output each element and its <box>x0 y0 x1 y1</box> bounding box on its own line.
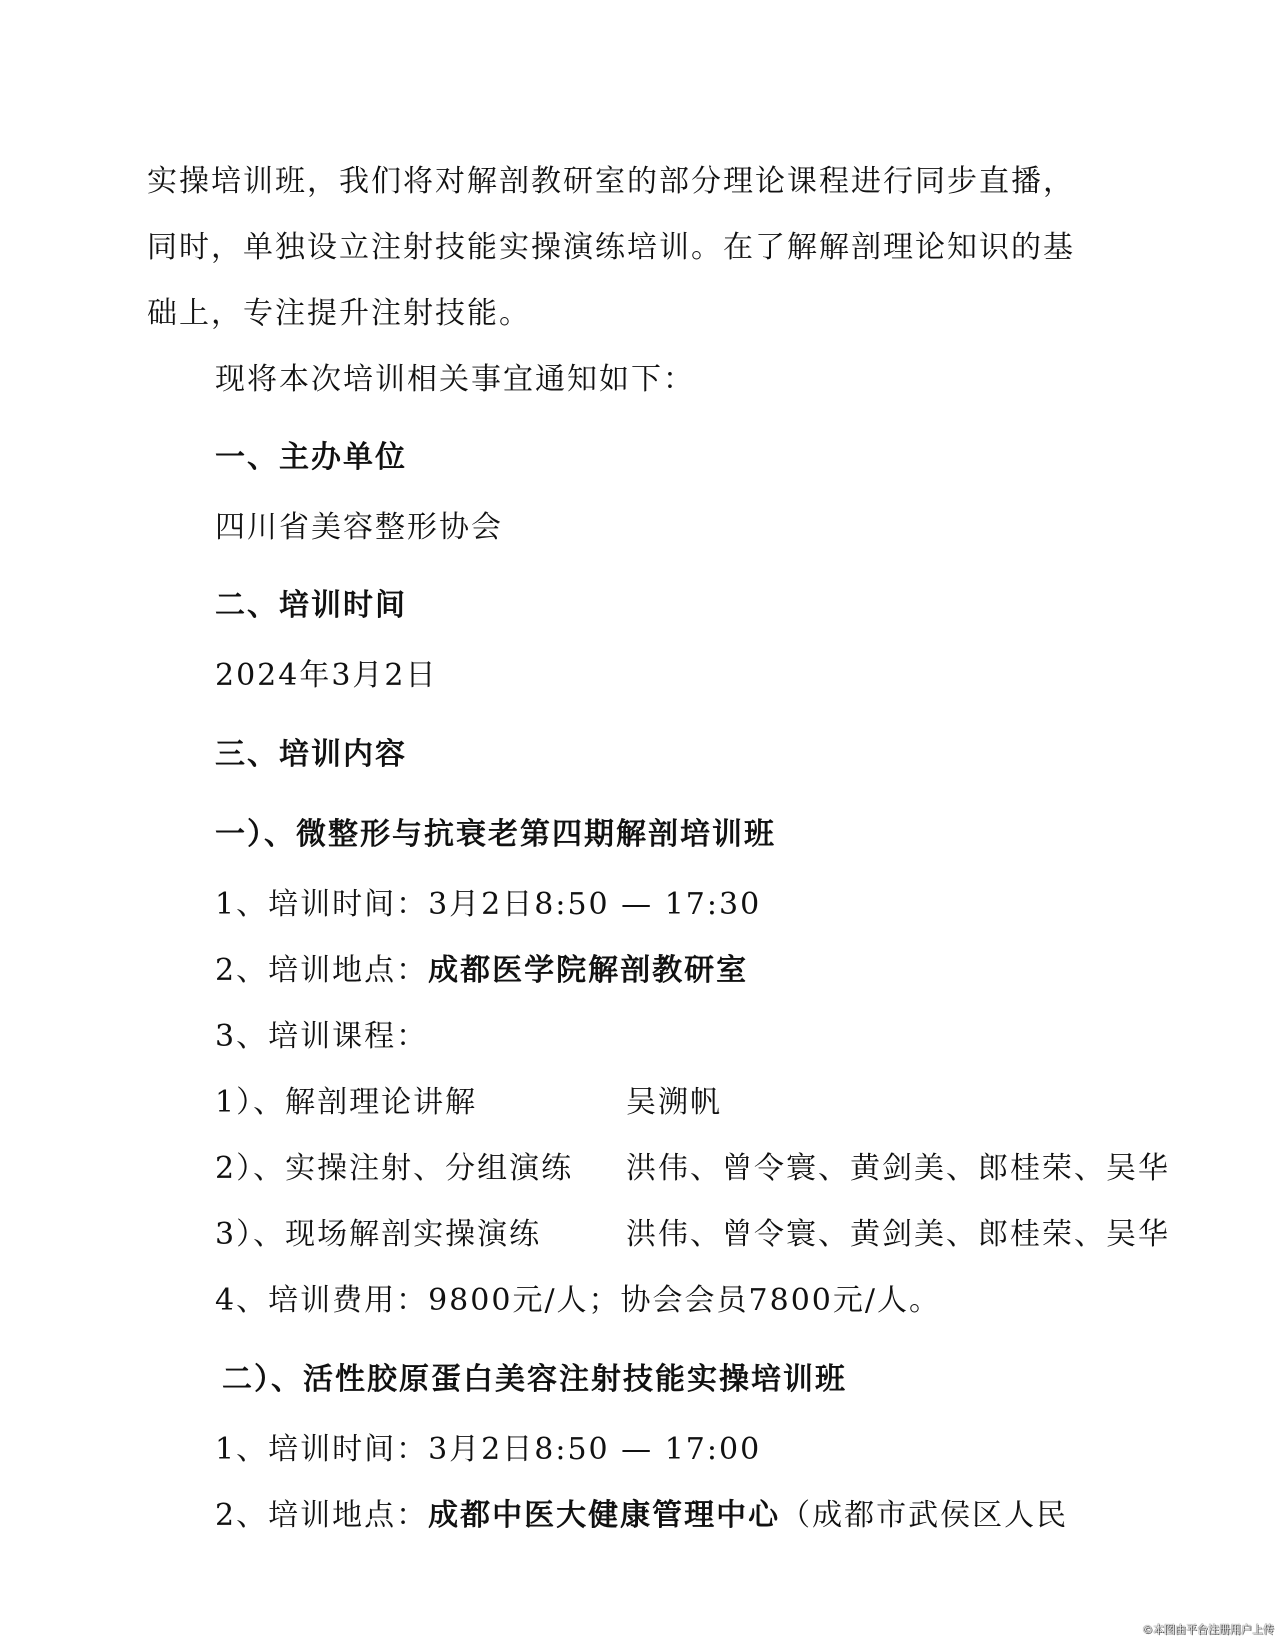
course1-fee-label: 4、培训费用： <box>215 1283 428 1318</box>
intro-line-1: 实操培训班，我们将对解剖教研室的部分理论课程进行同步直播， <box>147 162 1075 202</box>
course1-curriculum-label: 3、培训课程： <box>215 1017 428 1057</box>
course1-time-value: 3月2日8:50 — 17:30 <box>428 887 761 922</box>
course1-place: 2、培训地点：成都医学院解剖教研室 <box>215 951 748 991</box>
course1-time-label: 1、培训时间： <box>215 887 428 922</box>
course2-place-value-bold: 成都中医大健康管理中心 <box>428 1498 780 1533</box>
notice-line: 现将本次培训相关事宜通知如下： <box>215 360 695 400</box>
time-heading: 二、培训时间 <box>215 586 407 626</box>
course1-title: 一）、微整形与抗衰老第四期解剖培训班 <box>215 815 776 855</box>
watermark: ©本图由平台注册用户上传 <box>1142 1621 1274 1637</box>
organizer-value: 四川省美容整形协会 <box>215 508 503 548</box>
course2-time: 1、培训时间：3月2日8:50 — 17:00 <box>215 1430 761 1470</box>
curriculum-name: 1）、解剖理论讲解 <box>215 1085 477 1120</box>
curriculum-name: 2）、实操注射、分组演练 <box>215 1151 573 1186</box>
course2-title: 二）、活性胶原蛋白美容注射技能实操培训班 <box>222 1360 847 1400</box>
intro-line-2: 同时，单独设立注射技能实操演练培训。在了解解剖理论知识的基 <box>147 228 1075 268</box>
curriculum-row: 3）、现场解剖实操演练 洪伟、曾令寰、黄剑美、郎桂荣、吴华 <box>215 1215 1135 1255</box>
course2-place-value-rest: （成都市武侯区人民 <box>780 1498 1068 1533</box>
intro-line-3: 础上，专注提升注射技能。 <box>147 294 531 334</box>
curriculum-row: 1）、解剖理论讲解 吴溯帆 <box>215 1083 1135 1123</box>
course1-fee-value: 9800元/人；协会会员7800元/人。 <box>428 1283 941 1318</box>
course1-place-value: 成都医学院解剖教研室 <box>428 953 748 988</box>
course2-place-label: 2、培训地点： <box>215 1498 428 1533</box>
curriculum-name: 3）、现场解剖实操演练 <box>215 1217 541 1252</box>
curriculum-teachers: 洪伟、曾令寰、黄剑美、郎桂荣、吴华 <box>626 1149 1170 1189</box>
course2-time-label: 1、培训时间： <box>215 1432 428 1467</box>
curriculum-teachers: 吴溯帆 <box>626 1083 722 1123</box>
course2-time-value: 3月2日8:50 — 17:00 <box>428 1432 761 1467</box>
time-value: 2024年3月2日 <box>215 656 438 696</box>
curriculum-row: 2）、实操注射、分组演练 洪伟、曾令寰、黄剑美、郎桂荣、吴华 <box>215 1149 1135 1189</box>
course2-place: 2、培训地点：成都中医大健康管理中心（成都市武侯区人民 <box>215 1496 1068 1536</box>
organizer-heading: 一、主办单位 <box>215 438 407 478</box>
course1-time: 1、培训时间：3月2日8:50 — 17:30 <box>215 885 761 925</box>
curriculum-teachers: 洪伟、曾令寰、黄剑美、郎桂荣、吴华 <box>626 1215 1170 1255</box>
course1-place-label: 2、培训地点： <box>215 953 428 988</box>
course1-fee: 4、培训费用：9800元/人；协会会员7800元/人。 <box>215 1281 941 1321</box>
content-heading: 三、培训内容 <box>215 735 407 775</box>
